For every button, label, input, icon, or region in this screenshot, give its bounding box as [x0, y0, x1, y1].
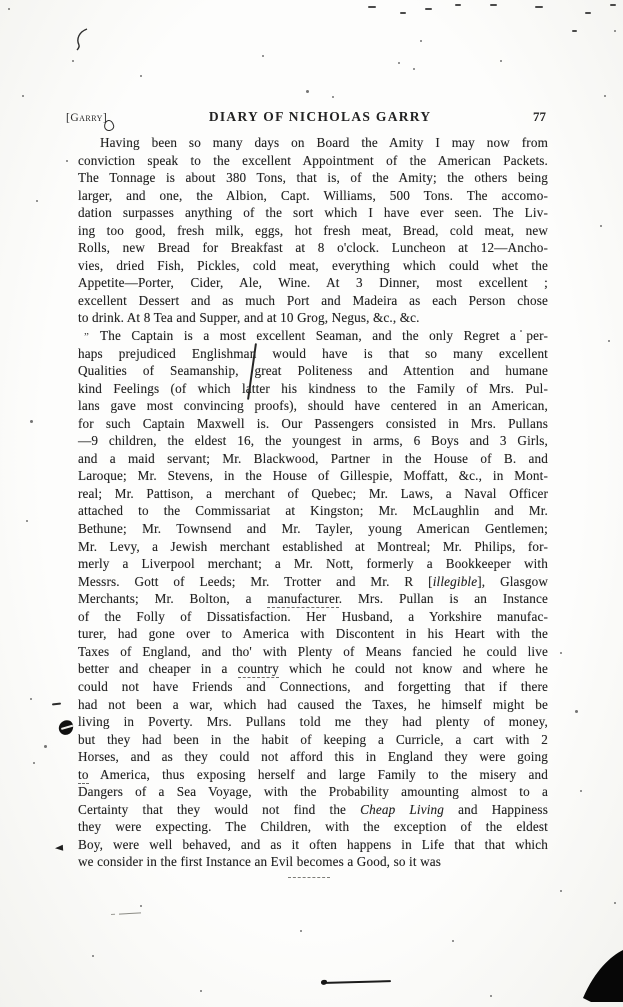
text-line: Bethune; Mr. Townsend and Mr. Tayler, yo… — [78, 520, 548, 538]
text-line: Laroque; Mr. Stevens, in the House of Gi… — [78, 467, 548, 485]
text-line: —9 children, the eldest 16, the youngest… — [78, 432, 548, 450]
scan-dash — [585, 12, 591, 14]
scanned-book-page: [Garry] DIARY OF NICHOLAS GARRY 77 Havin… — [0, 0, 623, 1007]
scan-speck — [140, 905, 142, 907]
page-curl-corner — [581, 950, 623, 1002]
scan-speck — [30, 420, 33, 423]
page-body: Having been so many days on Board the Am… — [78, 134, 548, 871]
text-line: Boy, were well behaved, and as it often … — [78, 836, 548, 854]
margin-dash-mark — [52, 703, 61, 706]
scan-speck — [66, 160, 68, 162]
text-line: Horses, and as they could not afford thi… — [78, 748, 548, 766]
ink-blot — [57, 719, 74, 737]
text-line: to drink. At 8 Tea and Supper, and at 10… — [78, 309, 548, 327]
running-header-title: DIARY OF NICHOLAS GARRY — [107, 109, 533, 125]
text-line: Merchants; Mr. Bolton, a manufacturer. M… — [78, 590, 548, 608]
scan-dash — [455, 4, 461, 6]
text-line: attached to the Commissariat at Kingston… — [78, 502, 548, 520]
scan-speck — [420, 40, 422, 42]
scan-speck — [8, 8, 10, 10]
scan-dash — [368, 6, 376, 8]
text-line: haps prejudiced Englishman would have is… — [78, 345, 548, 363]
running-header: [Garry] DIARY OF NICHOLAS GARRY 77 — [66, 109, 546, 127]
scan-dash — [425, 8, 432, 10]
pen-curl-mark — [74, 28, 92, 54]
scan-speck — [608, 340, 610, 342]
scan-speck — [300, 930, 302, 932]
scan-speck — [30, 698, 32, 700]
scan-dash — [535, 6, 543, 8]
scan-speck — [614, 30, 616, 32]
text-line: they were expecting. The Children, with … — [78, 818, 548, 836]
text-line: Having been so many days on Board the Am… — [78, 134, 548, 152]
scan-speck — [92, 955, 94, 957]
text-line: ing too good, fresh milk, eggs, hot fres… — [78, 222, 548, 240]
text-line: The Tonnage is about 380 Tons, that is, … — [78, 169, 548, 187]
text-line: larger, and one, the Albion, Capt. Willi… — [78, 187, 548, 205]
scan-speck — [600, 225, 602, 227]
text-line: kind Feelings (of which latter his kindn… — [78, 380, 548, 398]
text-line: lans gave most convincing proofs), shoul… — [78, 397, 548, 415]
scan-dash — [490, 4, 497, 6]
text-line: for such Captain Maxwell is. Our Passeng… — [78, 415, 548, 433]
scan-speck — [72, 60, 74, 62]
text-line: Messrs. Gott of Leeds; Mr. Trotter and M… — [78, 573, 548, 591]
scan-speck — [306, 90, 309, 93]
text-line: Dangers of a Sea Voyage, with the Probab… — [78, 783, 548, 801]
scan-speck — [575, 710, 578, 713]
scan-speck — [604, 95, 606, 97]
page-number: 77 — [533, 109, 546, 125]
scan-speck — [560, 890, 562, 892]
text-line: but they had been in the habit of keepin… — [78, 731, 548, 749]
scan-speck — [332, 96, 334, 98]
text-line: Mr. Levy, a Jewish merchant established … — [78, 538, 548, 556]
scan-speck — [26, 520, 28, 522]
text-line: to America, thus exposing herself and la… — [78, 766, 548, 784]
text-line: Certainty that they would not find the C… — [78, 801, 548, 819]
scan-speck — [398, 62, 400, 64]
text-line: had not been a war, which had caused the… — [78, 696, 548, 714]
scan-speck — [200, 990, 202, 992]
scan-dash — [572, 30, 577, 32]
text-line: Appetite—Porter, Cider, Ale, Wine. At 3 … — [78, 274, 548, 292]
text-line: real; Mr. Pattison, a merchant of Quebec… — [78, 485, 548, 503]
text-line: merly a Liverpool merchant; a Mr. Nott, … — [78, 555, 548, 573]
scan-dash — [610, 4, 616, 6]
paragraph: Having been so many days on Board the Am… — [78, 134, 548, 327]
ink-rule-mark — [325, 980, 391, 984]
scan-speck — [520, 330, 522, 332]
scan-speck — [560, 652, 562, 654]
text-line: turer, had gone over to America with Dis… — [78, 625, 548, 643]
scan-speck — [33, 762, 35, 764]
scan-speck — [413, 68, 415, 70]
scan-speck — [36, 200, 38, 202]
scan-speck — [44, 745, 47, 748]
scan-speck — [500, 60, 502, 62]
paragraph: The Captain is a most excellent Seaman, … — [78, 327, 548, 871]
text-line: vies, dried Fish, Pickles, cold meat, ev… — [78, 257, 548, 275]
scan-dash — [400, 12, 406, 14]
running-header-left: [Garry] — [66, 112, 107, 124]
text-line: Taxes of England, and tho' with Plenty o… — [78, 643, 548, 661]
dotted-underline-artifact — [288, 877, 330, 878]
text-line: better and cheaper in a country which he… — [78, 660, 548, 678]
text-line: and a maid servant; Mr. Blackwood, Partn… — [78, 450, 548, 468]
text-line: dation surpasses anything of the sort wh… — [78, 204, 548, 222]
scan-speck — [490, 995, 492, 997]
scan-speck — [140, 75, 142, 77]
scan-speck — [262, 55, 264, 57]
scan-speck — [614, 902, 616, 904]
scan-speck — [452, 940, 454, 942]
text-line: of the Folly of Dissatisfaction. Her Hus… — [78, 608, 548, 626]
text-line: living in Poverty. Mrs. Pullans told me … — [78, 713, 548, 731]
pencil-dash-mark — [119, 912, 141, 914]
scan-speck — [580, 790, 582, 792]
text-line: could not have Friends and Connections, … — [78, 678, 548, 696]
text-line: Rolls, new Bread for Breakfast at 8 o'cl… — [78, 239, 548, 257]
scan-speck — [22, 95, 24, 97]
text-line: we consider in the first Instance an Evi… — [78, 853, 548, 871]
ink-quote-artifact: ” — [84, 331, 89, 343]
text-line: conviction speak to the excellent Appoin… — [78, 152, 548, 170]
margin-arrow-mark — [55, 845, 63, 852]
text-line: The Captain is a most excellent Seaman, … — [78, 327, 548, 345]
text-line: excellent Dessert and as much Port and M… — [78, 292, 548, 310]
text-line: Qualities of Seamanship, great Politenes… — [78, 362, 548, 380]
